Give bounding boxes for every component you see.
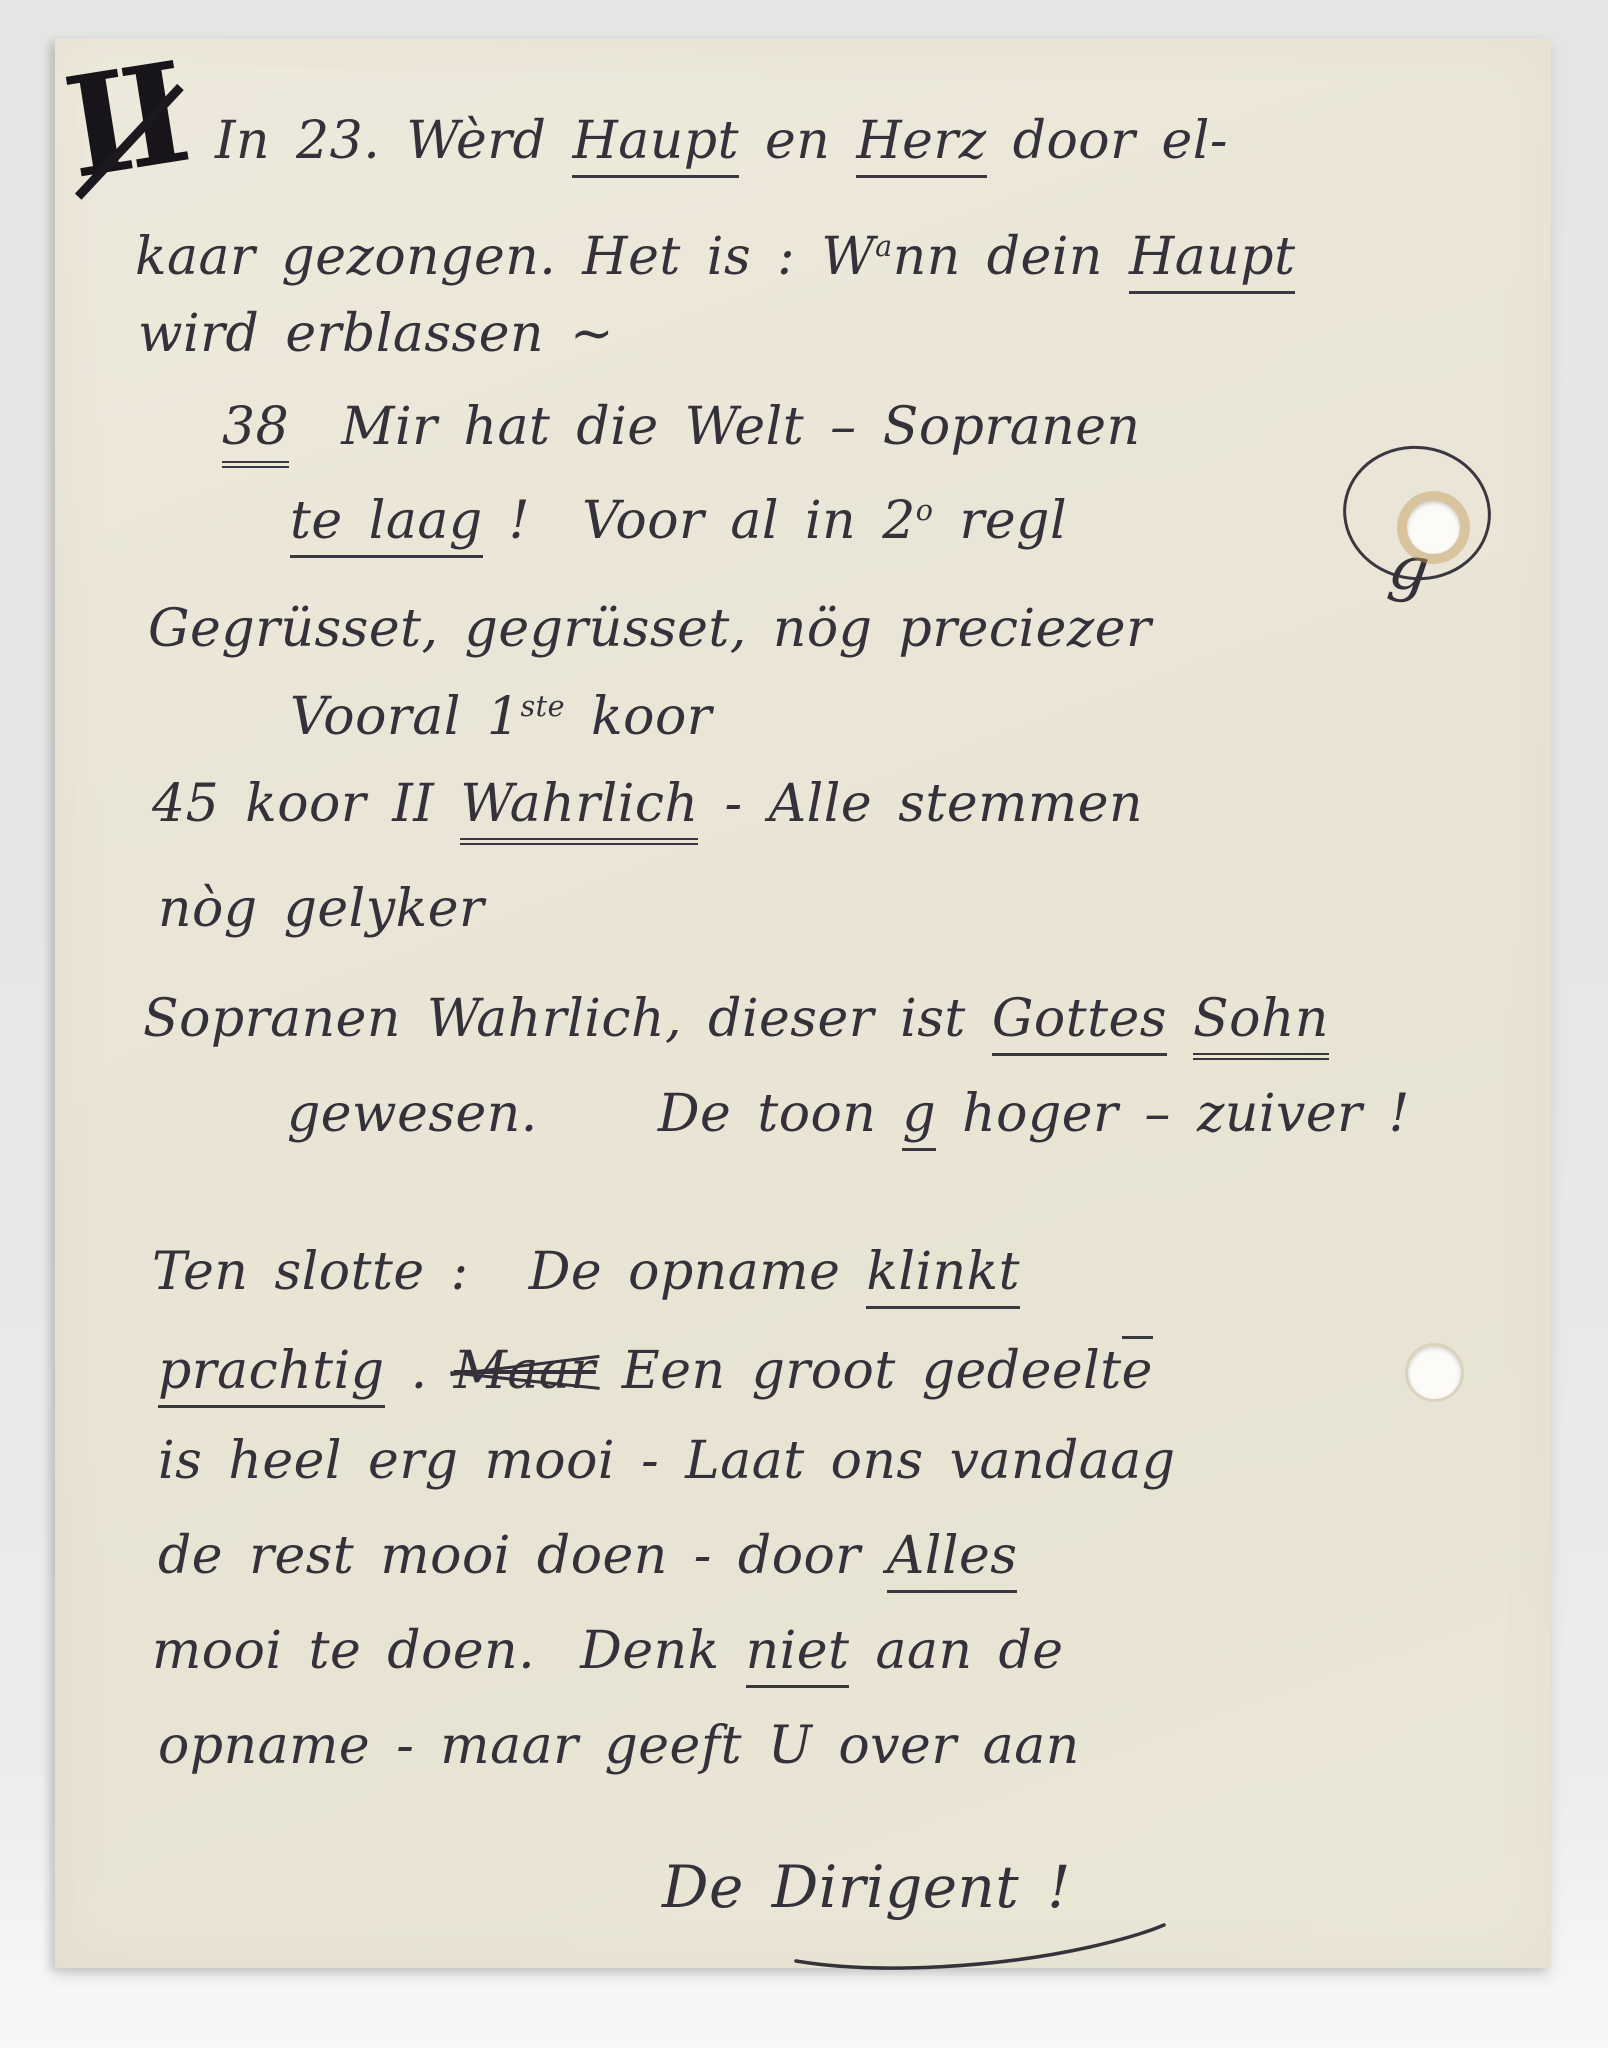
handwritten-line: 38 Mir hat die Welt – Sopranen — [222, 396, 1141, 468]
handwritten-line: In 23. Wèrd Haupt en Herz door el- — [215, 110, 1228, 178]
signature-flourish-stroke — [790, 1923, 1170, 1978]
handwritten-line: is heel erg mooi - Laat ons vandaag — [158, 1430, 1176, 1492]
handwritten-line: Sopranen Wahrlich, dieser ist Gottes Soh… — [143, 988, 1329, 1060]
text-segment: nòg gelyker — [158, 878, 484, 940]
punch-hole-top — [1407, 501, 1460, 554]
handwritten-line: nòg gelyker — [158, 878, 484, 940]
text-segment: en — [739, 110, 856, 172]
text-segment: Denk — [580, 1620, 746, 1682]
text-segment: opname - maar geeft U over aan — [158, 1715, 1080, 1777]
text-segment: gewesen. — [287, 1083, 538, 1145]
text-segment: - Alle stemmen — [698, 773, 1142, 835]
decorated-word: Sohn — [1193, 988, 1329, 1060]
handwritten-line: Ten slotte :De opname klinkt — [152, 1241, 1020, 1309]
text-segment: Mir hat die Welt – Sopranen — [289, 396, 1140, 458]
decorated-word: prachtig — [158, 1340, 385, 1408]
handwritten-line: wird erblassen ~ — [138, 303, 614, 365]
text-segment: nn dein — [893, 226, 1129, 288]
text-segment: Sopranen Wahrlich, dieser ist — [143, 988, 992, 1050]
text-segment: is heel erg mooi - Laat ons vandaag — [158, 1430, 1176, 1492]
handwritten-line: Gegrüsset, gegrüsset, nög preciezer — [148, 598, 1151, 660]
decorated-word: niet — [746, 1620, 850, 1688]
handwritten-line: opname - maar geeft U over aan — [158, 1715, 1080, 1777]
text-segment: ! Voor al in 2 — [483, 490, 916, 552]
text-segment: . — [385, 1340, 454, 1402]
decorated-word: e — [1122, 1336, 1153, 1402]
decorated-word: Haupt — [1129, 226, 1296, 294]
text-segment: Een groot gedeelt — [596, 1340, 1122, 1402]
paper-card: II g In 23. Wèrd Haupt en Herz door el-k… — [55, 38, 1551, 1968]
decorated-word: Wahrlich — [460, 773, 698, 845]
handwritten-line: te laag ! Voor al in 2o regl — [290, 490, 1067, 558]
handwritten-line: prachtig . Maar Een groot gedeelte — [158, 1336, 1153, 1408]
text-segment: ste — [521, 689, 566, 723]
text-segment: regl — [934, 490, 1068, 552]
text-segment: door el- — [987, 110, 1228, 172]
handwritten-line: Vooral 1ste koor — [290, 686, 712, 748]
handwritten-line: mooi te doen.Denk niet aan de — [152, 1620, 1064, 1688]
page-number-mark: II — [57, 44, 190, 198]
text-segment: De Dirigent ! — [662, 1853, 1071, 1923]
signature-line: De Dirigent ! — [662, 1853, 1071, 1923]
text-segment: De opname — [529, 1241, 867, 1303]
text-segment: aan de — [849, 1620, 1063, 1682]
text-segment: Gegrüsset, gegrüsset, nög preciezer — [148, 598, 1151, 660]
text-segment: koor — [565, 686, 712, 748]
text-segment: hoger – zuiver ! — [936, 1083, 1410, 1145]
text-segment: De toon — [658, 1083, 903, 1145]
decorated-word: Herz — [856, 110, 986, 178]
decorated-word: g — [902, 1083, 936, 1151]
handwritten-line: 45 koor II Wahrlich - Alle stemmen — [152, 773, 1143, 845]
text-segment: mooi te doen. — [152, 1620, 535, 1682]
decorated-word: klinkt — [866, 1241, 1020, 1309]
handwritten-line: kaar gezongen. Het is : Wann dein Haupt — [135, 226, 1295, 294]
text-segment: kaar gezongen. Het is : W — [135, 226, 875, 288]
handwritten-line: gewesen.De toon g hoger – zuiver ! — [287, 1083, 1410, 1151]
text-segment: o — [916, 493, 934, 527]
text-segment: wird erblassen ~ — [138, 303, 614, 365]
decorated-word: 38 — [222, 396, 289, 468]
text-segment: Vooral 1 — [290, 686, 521, 748]
handwritten-line: de rest mooi doen - door Alles — [158, 1525, 1017, 1593]
text-segment: de rest mooi doen - door — [158, 1525, 887, 1587]
text-segment: 45 koor II — [152, 773, 460, 835]
text-segment: a — [875, 229, 893, 263]
text-segment: Ten slotte : — [152, 1241, 469, 1303]
text-segment: In 23. Wèrd — [215, 110, 572, 172]
decorated-word: Alles — [887, 1525, 1018, 1593]
scanned-page-background: { "document": { "kind": "handwritten not… — [0, 0, 1608, 2048]
text-segment — [1167, 988, 1193, 1050]
punch-hole-middle — [1408, 1346, 1461, 1399]
decorated-word: Gottes — [992, 988, 1167, 1056]
decorated-word: Maar — [454, 1340, 596, 1402]
decorated-word: Haupt — [572, 110, 739, 178]
decorated-word: te laag — [290, 490, 483, 558]
